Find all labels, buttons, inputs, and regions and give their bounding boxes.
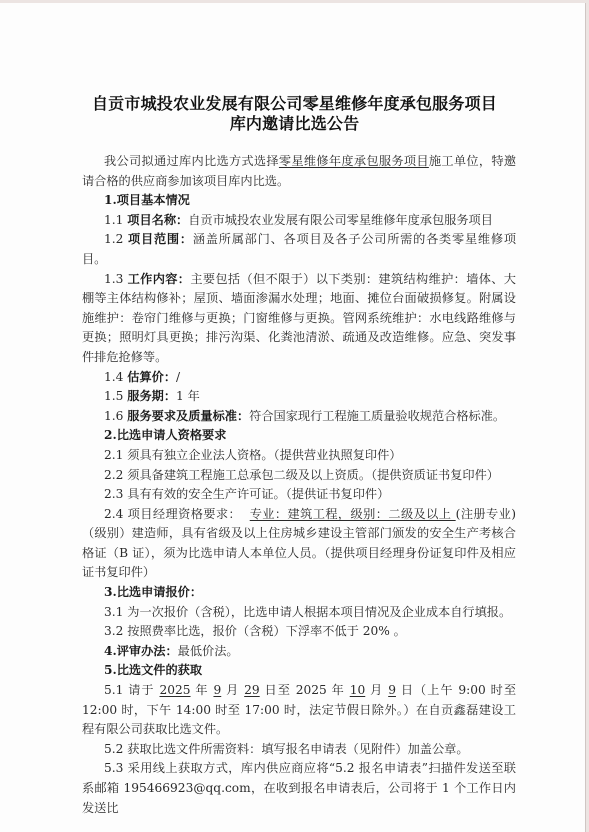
section-4-heading: 4.评审办法： bbox=[104, 644, 178, 658]
item-5-2: 5.2 获取比选文件所需资料：填写报名申请表（见附件）加盖公章。 bbox=[82, 740, 516, 760]
intro-text: 我公司拟通过库内比选方式选择 bbox=[104, 154, 279, 168]
item-label: 估算价： bbox=[127, 370, 176, 384]
item-label: 工作内容： bbox=[128, 272, 191, 286]
item-text: 符合国家现行工程施工质量验收规范合格标准。 bbox=[249, 409, 505, 423]
text: 月 bbox=[365, 683, 388, 697]
end-day: 9 bbox=[388, 683, 396, 697]
intro-paragraph: 我公司拟通过库内比选方式选择零星维修年度承包服务项目施工单位，特邀请合格的供应商… bbox=[82, 152, 516, 191]
item-3-2: 3.2 按照费率比选，报价（含税）下浮率不低于 20% 。 bbox=[82, 622, 516, 642]
item-text: 自贡市城投农业发展有限公司零星维修年度承包服务项目 bbox=[188, 213, 493, 227]
document-body: 我公司拟通过库内比选方式选择零星维修年度承包服务项目施工单位，特邀请合格的供应商… bbox=[82, 152, 516, 818]
item-1-4: 1.4 估算价：/ bbox=[82, 368, 516, 388]
item-2-2: 2.2 须具备建筑工程施工总承包二级及以上资质。（提供资质证书复印件） bbox=[82, 466, 516, 486]
project-name-underlined: 零星维修年度承包服务项目 bbox=[279, 154, 429, 168]
item-text: 2.4 项目经理资格要求： bbox=[104, 507, 250, 521]
item-2-3: 2.3 具有有效的安全生产许可证。（提供证书复印件） bbox=[82, 485, 516, 505]
text: 月 bbox=[221, 683, 244, 697]
text: 5.1 请于 bbox=[104, 683, 160, 697]
document-title-line2: 库内邀请比选公告 bbox=[0, 111, 589, 134]
item-text: / bbox=[176, 370, 180, 384]
start-day: 29 bbox=[244, 683, 260, 697]
item-1-5: 1.5 服务期：1 年 bbox=[82, 387, 516, 407]
item-1-3: 1.3 工作内容：主要包括（但不限于）以下类别：建筑结构维护：墙体、大棚等主体结… bbox=[82, 270, 516, 368]
item-5-3: 5.3 采用线上获取方式，库内供应商应将“5.2 报名申请表”扫描件发送至联系邮… bbox=[82, 759, 516, 818]
section-2-heading: 2.比选申请人资格要求 bbox=[82, 426, 516, 446]
item-1-1: 1.1 项目名称：自贡市城投农业发展有限公司零星维修年度承包服务项目 bbox=[82, 211, 516, 231]
item-number: 1.3 bbox=[104, 272, 128, 286]
section-4: 4.评审办法：最低价法。 bbox=[82, 642, 516, 662]
item-number: 1.4 bbox=[104, 370, 127, 384]
document-page: 自贡市城投农业发展有限公司零星维修年度承包服务项目 库内邀请比选公告 我公司拟通… bbox=[0, 3, 586, 832]
text: 日至 2025 年 bbox=[260, 683, 350, 697]
text: 年 bbox=[191, 683, 214, 697]
qualification-underlined: 专业：建筑工程，级别：二级及以上 bbox=[250, 507, 456, 521]
item-2-1: 2.1 须具有独立企业法人资格。（提供营业执照复印件） bbox=[82, 446, 516, 466]
item-label: 项目名称： bbox=[127, 213, 188, 227]
item-label: 服务期： bbox=[127, 389, 176, 403]
item-number: 1.6 bbox=[104, 409, 127, 423]
section-5-heading: 5.比选文件的获取 bbox=[82, 661, 516, 681]
item-number: 1.5 bbox=[104, 389, 127, 403]
item-5-1: 5.1 请于 2025 年 9 月 29 日至 2025 年 10 月 9 日（… bbox=[82, 681, 516, 740]
section-4-text: 最低价法。 bbox=[178, 644, 239, 658]
end-month: 10 bbox=[350, 683, 366, 697]
section-1-heading: 1.项目基本情况 bbox=[82, 191, 516, 211]
item-text: 1 年 bbox=[176, 389, 200, 403]
item-2-4: 2.4 项目经理资格要求： 专业：建筑工程，级别：二级及以上 (注册专业)（级别… bbox=[82, 505, 516, 583]
item-label: 服务要求及质量标准： bbox=[127, 409, 249, 423]
item-1-2: 1.2 项目范围：涵盖所属部门、各项目及各子公司所需的各类零星维修项目。 bbox=[82, 230, 516, 269]
item-label: 项目范围： bbox=[128, 232, 193, 246]
start-year: 2025 bbox=[160, 683, 191, 697]
section-3-heading: 3.比选申请报价： bbox=[82, 583, 516, 603]
item-1-6: 1.6 服务要求及质量标准：符合国家现行工程施工质量验收规范合格标准。 bbox=[82, 407, 516, 427]
item-3-1: 3.1 为一次报价（含税），比选申请人根据本项目情况及企业成本自行填报。 bbox=[82, 603, 516, 623]
item-number: 1.1 bbox=[104, 213, 127, 227]
item-number: 1.2 bbox=[104, 232, 128, 246]
